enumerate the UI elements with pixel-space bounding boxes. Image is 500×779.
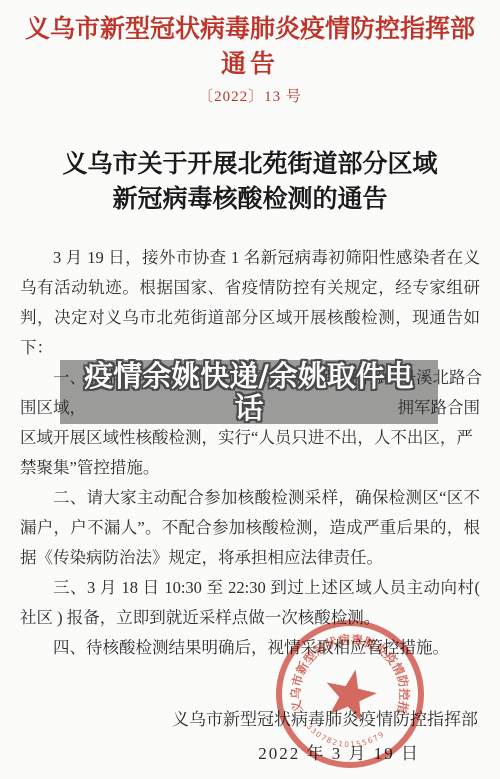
seal-serial-container: 33078210155679 — [305, 722, 387, 749]
seal-star-icon — [320, 664, 380, 722]
doc-type-label: 通告 — [0, 50, 500, 80]
notice-title-line1: 义乌市关于开展北苑街道部分区域 — [0, 147, 500, 182]
notice-header: 义乌市新型冠状病毒肺炎疫情防控指挥部 通告 〔2022〕13 号 — [0, 0, 500, 107]
watermark-text-line2: 话 — [60, 392, 438, 424]
seal-serial: 33078210155679 — [305, 722, 387, 749]
notice-body: 3 月 19 日，接外市协查 1 名新冠病毒初筛阳性感染者在义乌有活动轨迹。根据… — [20, 243, 480, 663]
paragraph-intro: 3 月 19 日，接外市协查 1 名新冠病毒初筛阳性感染者在义乌有活动轨迹。根据… — [20, 243, 480, 363]
watermark-overlay: 疫情余姚快递/余姚取件电 话 — [60, 360, 438, 424]
paragraph-item1-line3: 区域开展区域性核酸检测，实行“人员只进不出，人不出区，严 — [20, 423, 480, 453]
official-seal: 义乌市新型冠状病毒肺炎疫情防控指挥部 33078210155679 — [268, 610, 436, 778]
notice-title: 义乌市关于开展北苑街道部分区域 新冠病毒核酸检测的通告 — [0, 147, 500, 217]
doc-number: 〔2022〕13 号 — [0, 87, 500, 107]
paragraph-item2: 二、请大家主动配合参加核酸检测采样，确保检测区“区不漏户，户不漏人”。不配合参加… — [20, 483, 480, 573]
watermark-text-line1: 疫情余姚快递/余姚取件电 — [60, 360, 438, 392]
issuing-org-title: 义乌市新型冠状病毒肺炎疫情防控指挥部 — [0, 15, 500, 45]
notice-page: 义乌市新型冠状病毒肺炎疫情防控指挥部 通告 〔2022〕13 号 义乌市关于开展… — [0, 0, 500, 779]
notice-title-line2: 新冠病毒核酸检测的通告 — [0, 182, 500, 217]
paragraph-item1-line4: 禁聚集”管控措施。 — [20, 453, 480, 483]
